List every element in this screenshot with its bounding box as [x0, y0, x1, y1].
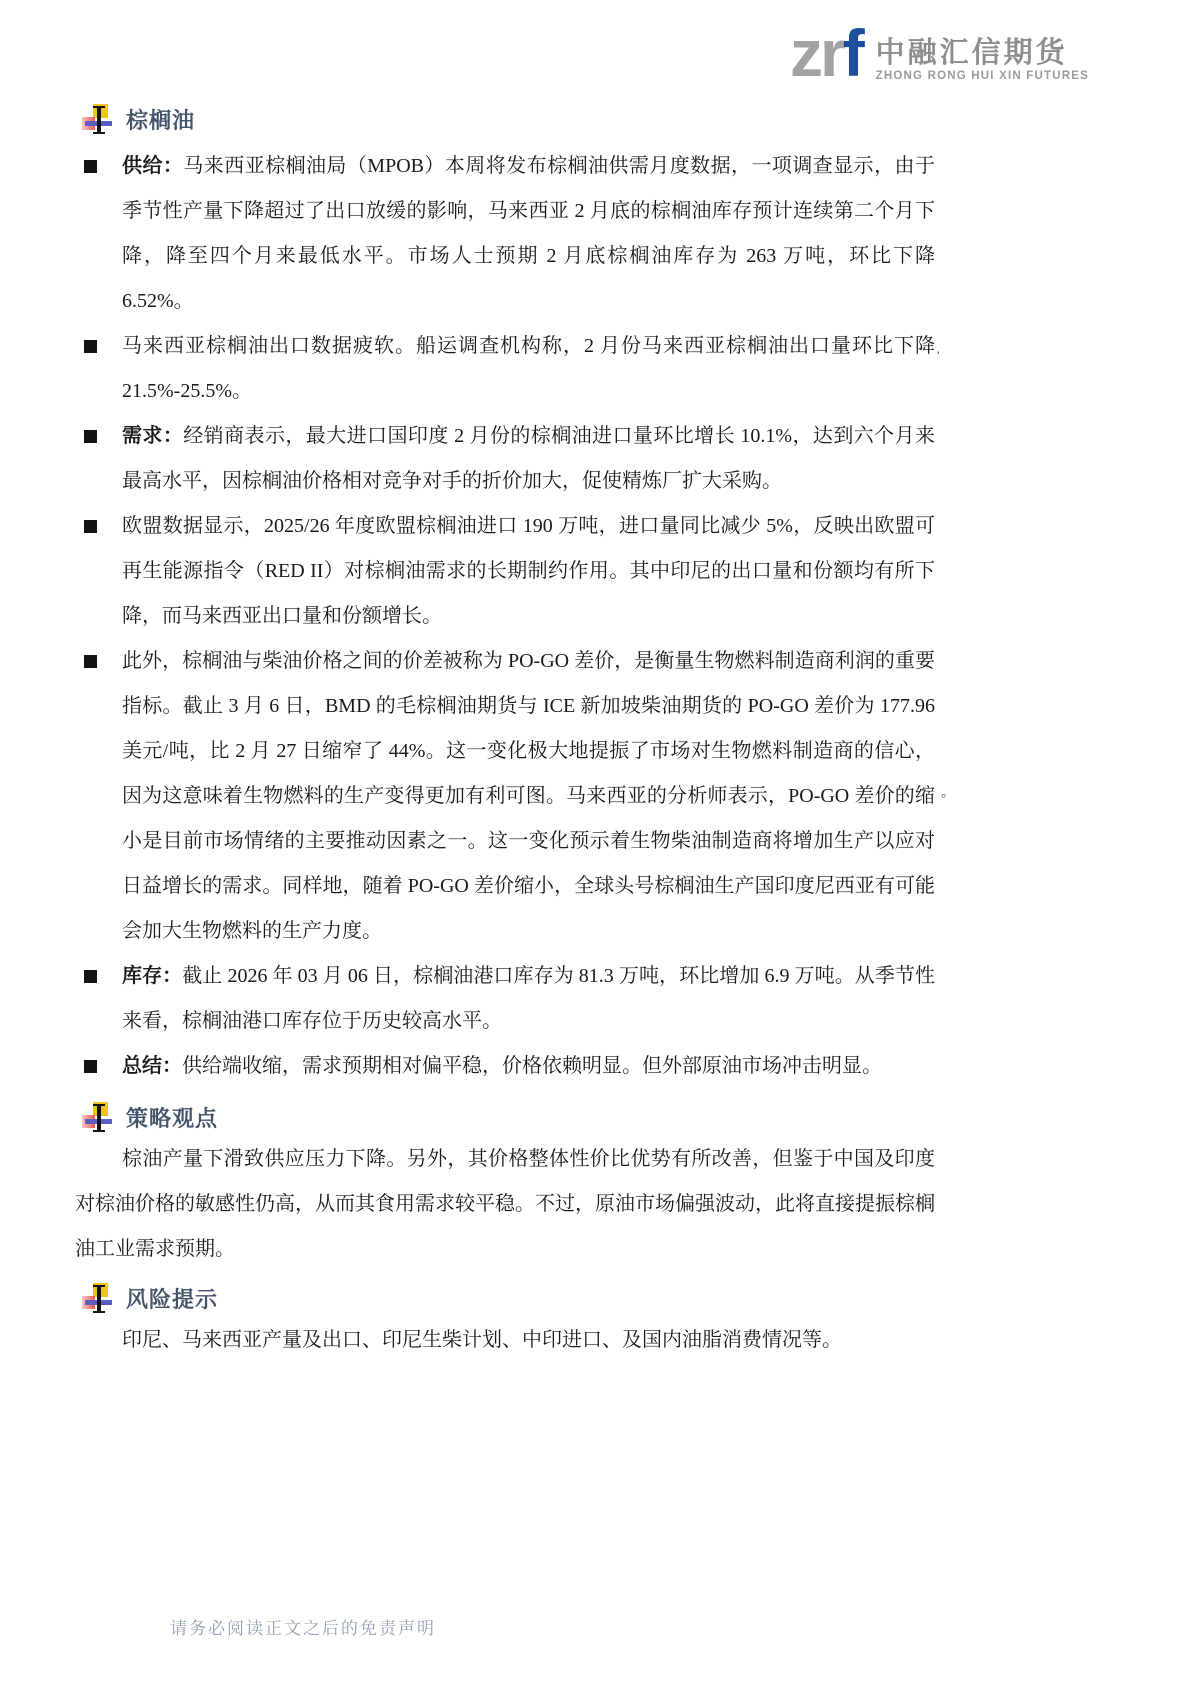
palm-oil-bullet-list: 供给：马来西亚棕榈油局（MPOB）本周将发布棕榈油供需月度数据，一项调查显示，由… — [75, 144, 935, 1089]
risk-paragraph: 印尼、马来西亚产量及出口、印尼生柴计划、中印进口、及国内油脂消费情况等。 — [122, 1318, 935, 1363]
bullet-text: 马来西亚棕榈油局（MPOB）本周将发布棕榈油供需月度数据，一项调查显示，由于季节… — [122, 155, 935, 312]
company-logo: zrf 中融汇信期货 ZHONG RONG HUI XIN FUTURES — [790, 24, 1089, 82]
stray-mark: ° — [941, 790, 946, 806]
logo-mark-zr: zr — [790, 16, 843, 90]
section-anchor-icon — [81, 1101, 114, 1134]
bullet-square-icon — [84, 520, 97, 533]
report-page: zrf 中融汇信期货 ZHONG RONG HUI XIN FUTURES 棕榈… — [0, 0, 1190, 1683]
report-body: 棕榈油 供给：马来西亚棕榈油局（MPOB）本周将发布棕榈油供需月度数据，一项调查… — [75, 103, 935, 1363]
bullet-label: 库存： — [122, 965, 182, 987]
bullet-square-icon — [84, 340, 97, 353]
bullet-text: 经销商表示，最大进口国印度 2 月份的棕榈油进口量环比增长 10.1%，达到六个… — [122, 425, 935, 492]
bullet-demand: 需求：经销商表示，最大进口国印度 2 月份的棕榈油进口量环比增长 10.1%，达… — [75, 414, 935, 504]
section-anchor-icon — [81, 103, 114, 136]
bullet-export: 马来西亚棕榈油出口数据疲软。船运调查机构称，2 月份马来西亚棕榈油出口量环比下降… — [75, 324, 935, 414]
bullet-pogo: 此外，棕榈油与柴油价格之间的价差被称为 PO-GO 差价，是衡量生物燃料制造商利… — [75, 639, 935, 954]
bullet-square-icon — [84, 160, 97, 173]
bullet-square-icon — [84, 655, 97, 668]
bullet-label: 供给： — [122, 155, 183, 177]
section-header-risk: 风险提示 — [75, 1282, 935, 1315]
bullet-text: 供给端收缩，需求预期相对偏平稳，价格依赖明显。但外部原油市场冲击明显。 — [182, 1055, 882, 1077]
section-title-palm-oil: 棕榈油 — [126, 104, 195, 135]
section-title-risk: 风险提示 — [126, 1283, 218, 1314]
section-header-strategy: 策略观点 — [75, 1101, 935, 1134]
bullet-inventory: 库存：截止 2026 年 03 月 06 日，棕榈油港口库存为 81.3 万吨，… — [75, 954, 935, 1044]
bullet-text: 欧盟数据显示，2025/26 年度欧盟棕榈油进口 190 万吨，进口量同比减少 … — [122, 515, 935, 627]
bullet-text: 此外，棕榈油与柴油价格之间的价差被称为 PO-GO 差价，是衡量生物燃料制造商利… — [122, 650, 935, 942]
zrf-logo-icon: zrf — [790, 24, 862, 82]
section-anchor-icon — [81, 1282, 114, 1315]
bullet-summary: 总结：供给端收缩，需求预期相对偏平稳，价格依赖明显。但外部原油市场冲击明显。 — [75, 1044, 935, 1089]
bullet-square-icon — [84, 1060, 97, 1073]
logo-mark-f: f — [843, 16, 862, 90]
section-header-palm-oil: 棕榈油 — [75, 103, 935, 136]
company-name-en: ZHONG RONG HUI XIN FUTURES — [876, 70, 1089, 82]
strategy-paragraph: 棕油产量下滑致供应压力下降。另外，其价格整体性价比优势有所改善，但鉴于中国及印度… — [75, 1137, 935, 1272]
stray-mark: ’ — [936, 348, 940, 364]
bullet-label: 总结： — [122, 1055, 182, 1077]
bullet-text: 马来西亚棕榈油出口数据疲软。船运调查机构称，2 月份马来西亚棕榈油出口量环比下降… — [122, 335, 935, 402]
bullet-label: 需求： — [122, 425, 183, 447]
bullet-text: 截止 2026 年 03 月 06 日，棕榈油港口库存为 81.3 万吨，环比增… — [122, 965, 935, 1032]
bullet-square-icon — [84, 430, 97, 443]
section-title-strategy: 策略观点 — [126, 1102, 218, 1133]
logo-text: 中融汇信期货 ZHONG RONG HUI XIN FUTURES — [876, 24, 1089, 82]
company-name-cn: 中融汇信期货 — [876, 38, 1089, 68]
bullet-supply: 供给：马来西亚棕榈油局（MPOB）本周将发布棕榈油供需月度数据，一项调查显示，由… — [75, 144, 935, 324]
bullet-eu: 欧盟数据显示，2025/26 年度欧盟棕榈油进口 190 万吨，进口量同比减少 … — [75, 504, 935, 639]
bullet-square-icon — [84, 970, 97, 983]
footer-disclaimer: 请务必阅读正文之后的免责声明 — [170, 1614, 436, 1639]
